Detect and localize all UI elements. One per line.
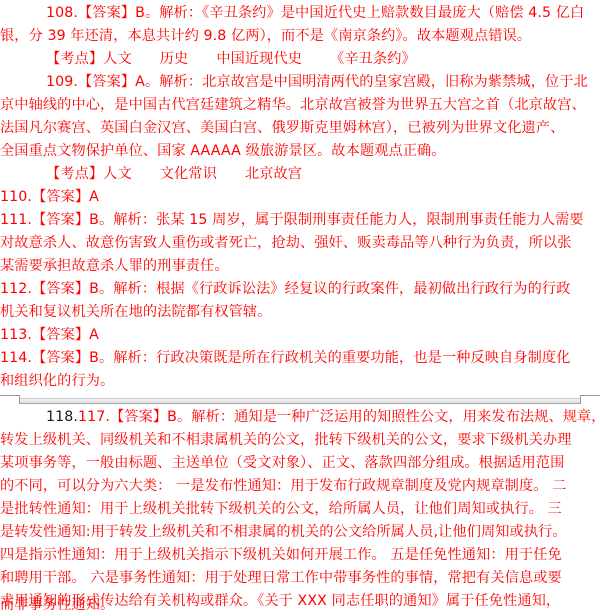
answer-117-line-8: 和聘用干部。 六是事务性通知：用于处理日常工作中带事务性的事情，常把有关信息或要: [0, 567, 600, 590]
answer-110: 110.【答案】A: [0, 186, 600, 209]
exam-point-108: 【考点】人文历史中国近现代史《辛丑条约》: [0, 48, 600, 71]
answer-113: 113.【答案】A: [0, 324, 600, 347]
answer-117-line-2: 转发上级机关、同级机关和不相隶属机关的公文，批转下级机关的公文，要求下级机关办理: [0, 429, 600, 452]
answer-117-line-3: 某项事务等，一般由标题、主送单位（受文对象）、正文、落款四部分组成。根据适用范围: [0, 452, 600, 475]
answer-117-line-5: 是批转性通知：用于上级机关批转下级机关的公文，给所属人员，让他们周知或执行。 三: [0, 498, 600, 521]
answer-109-line-4: 全国重点文物保护单位、国家 AAAAA 级旅游景区。故本题观点正确。: [0, 140, 600, 163]
stray-number-prefix: 118.: [46, 409, 78, 425]
answer-117-line-7: 四是指示性通知：用于上级机关指示下级机关如何开展工作。 五是任免性通知：用于任免: [0, 544, 600, 567]
exam-point-109: 【考点】人文文化常识北京故宫: [0, 163, 600, 186]
answer-108-line-2: 银，分 39 年还清，本息共计约 9.8 亿两），而不是《南京条约》。故本题观点…: [0, 25, 600, 48]
answer-114-line-2: 和组织化的行为。: [0, 370, 600, 393]
answer-117-line-4: 的不同，可以分为六大类： 一是发布性通知：用于发布行政规章制度及党内规章制度。 …: [0, 475, 600, 498]
answer-117-line-6: 是转发性通知:用于转发上级机关和不相隶属的机关的公文给所属人员,让他们周知或执行…: [0, 521, 600, 544]
answer-109-line-3: 法国凡尔赛宫、英国白金汉宫、美国白宫、俄罗斯克里姆林宫），已被列为世界文化遗产、: [0, 117, 600, 140]
answer-114-line-1: 114.【答案】B。解析：行政决策既是所在行政机关的重要功能，也是一种反映自身制…: [0, 347, 600, 370]
document-page-top: 108.【答案】B。解析：《辛丑条约》是中国近代史上赔款数目最庞大（赔偿 4.5…: [0, 0, 600, 398]
answer-108-line-1: 108.【答案】B。解析：《辛丑条约》是中国近代史上赔款数目最庞大（赔偿 4.5…: [0, 2, 600, 25]
answer-117-line-1: 118.117.【答案】B。解析：通知是一种广泛运用的知照性公文，用来发布法规、…: [0, 406, 600, 429]
answer-111-line-2: 对故意杀人、故意伤害致人重伤或者死亡，抢劫、强奸、贩卖毒品等八种行为负责，所以张: [0, 232, 600, 255]
exam-point-label: 【考点】: [46, 166, 103, 182]
answer-112-line-2: 机关和复议机关所在地的法院都有权管辖。: [0, 301, 600, 324]
answer-112-line-1: 112.【答案】B。解析：根据《行政诉讼法》经复议的行政案件，最初做出行政行为的…: [0, 278, 600, 301]
answer-111-line-3: 某需要承担故意杀人罪的刑事责任。: [0, 255, 600, 278]
answer-109-line-2: 京中轴线的中心，是中国古代宫廷建筑之精华。北京故宫被誉为世界五大宫之首（北京故宫…: [0, 94, 600, 117]
answer-109-line-1: 109.【答案】A。解析：北京故宫是中国明清两代的皇家宫殿，旧称为紫禁城，位于北: [0, 71, 600, 94]
answer-117-line-10: 而非事务性通知。: [0, 594, 600, 616]
answer-111-line-1: 111.【答案】B。解析：张某 15 周岁，属于限制刑事责任能力人，限制刑事责任…: [0, 209, 600, 232]
document-page-bottom: 118.117.【答案】B。解析：通知是一种广泛运用的知照性公文，用来发布法规、…: [0, 404, 600, 616]
exam-point-label: 【考点】: [46, 51, 103, 67]
